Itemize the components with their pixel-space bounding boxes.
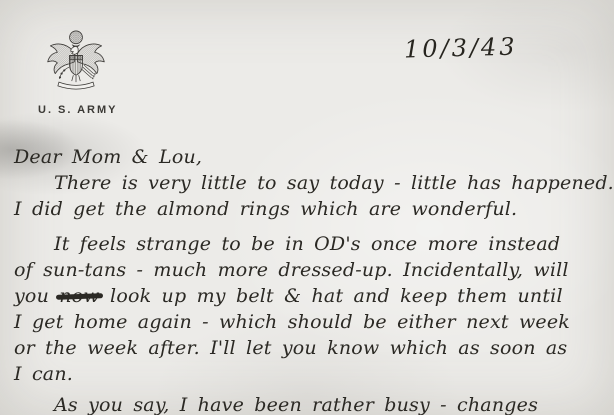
letter-line-p2l3-pre: you bbox=[14, 285, 59, 307]
letter-date: 10/3/43 bbox=[404, 33, 518, 64]
letter-line-p2l5: or the week after. I'll let you know whi… bbox=[14, 335, 608, 361]
letter-line-p2l1: It feels strange to be in OD's once more… bbox=[14, 231, 608, 257]
letter-line-p3l1: As you say, I have been rather busy - ch… bbox=[14, 392, 608, 415]
salutation: Dear Mom & Lou, bbox=[14, 144, 608, 170]
letter-line-p2l3: you now look up my belt & hat and keep t… bbox=[14, 283, 608, 309]
letter-line-p2l6: I can. bbox=[14, 361, 608, 387]
scanned-letter-page: U. S. ARMY 10/3/43 Dear Mom & Lou, There… bbox=[0, 0, 614, 415]
letterhead: U. S. ARMY bbox=[38, 28, 114, 116]
us-army-eagle-icon bbox=[44, 28, 108, 100]
letterhead-org-label: U. S. ARMY bbox=[38, 104, 114, 116]
letter-line-p2l3-post: look up my belt & hat and keep them unti… bbox=[100, 285, 563, 307]
crossed-out-word: now bbox=[59, 283, 100, 309]
letter-line-p2l4: I get home again - which should be eithe… bbox=[14, 309, 608, 335]
letter-body: Dear Mom & Lou, There is very little to … bbox=[14, 144, 608, 415]
letter-line-p1l1: There is very little to say today - litt… bbox=[14, 170, 608, 196]
letter-line-p1l2: I did get the almond rings which are won… bbox=[14, 196, 608, 222]
letter-line-p2l2: of sun-tans - much more dressed-up. Inci… bbox=[14, 257, 608, 283]
